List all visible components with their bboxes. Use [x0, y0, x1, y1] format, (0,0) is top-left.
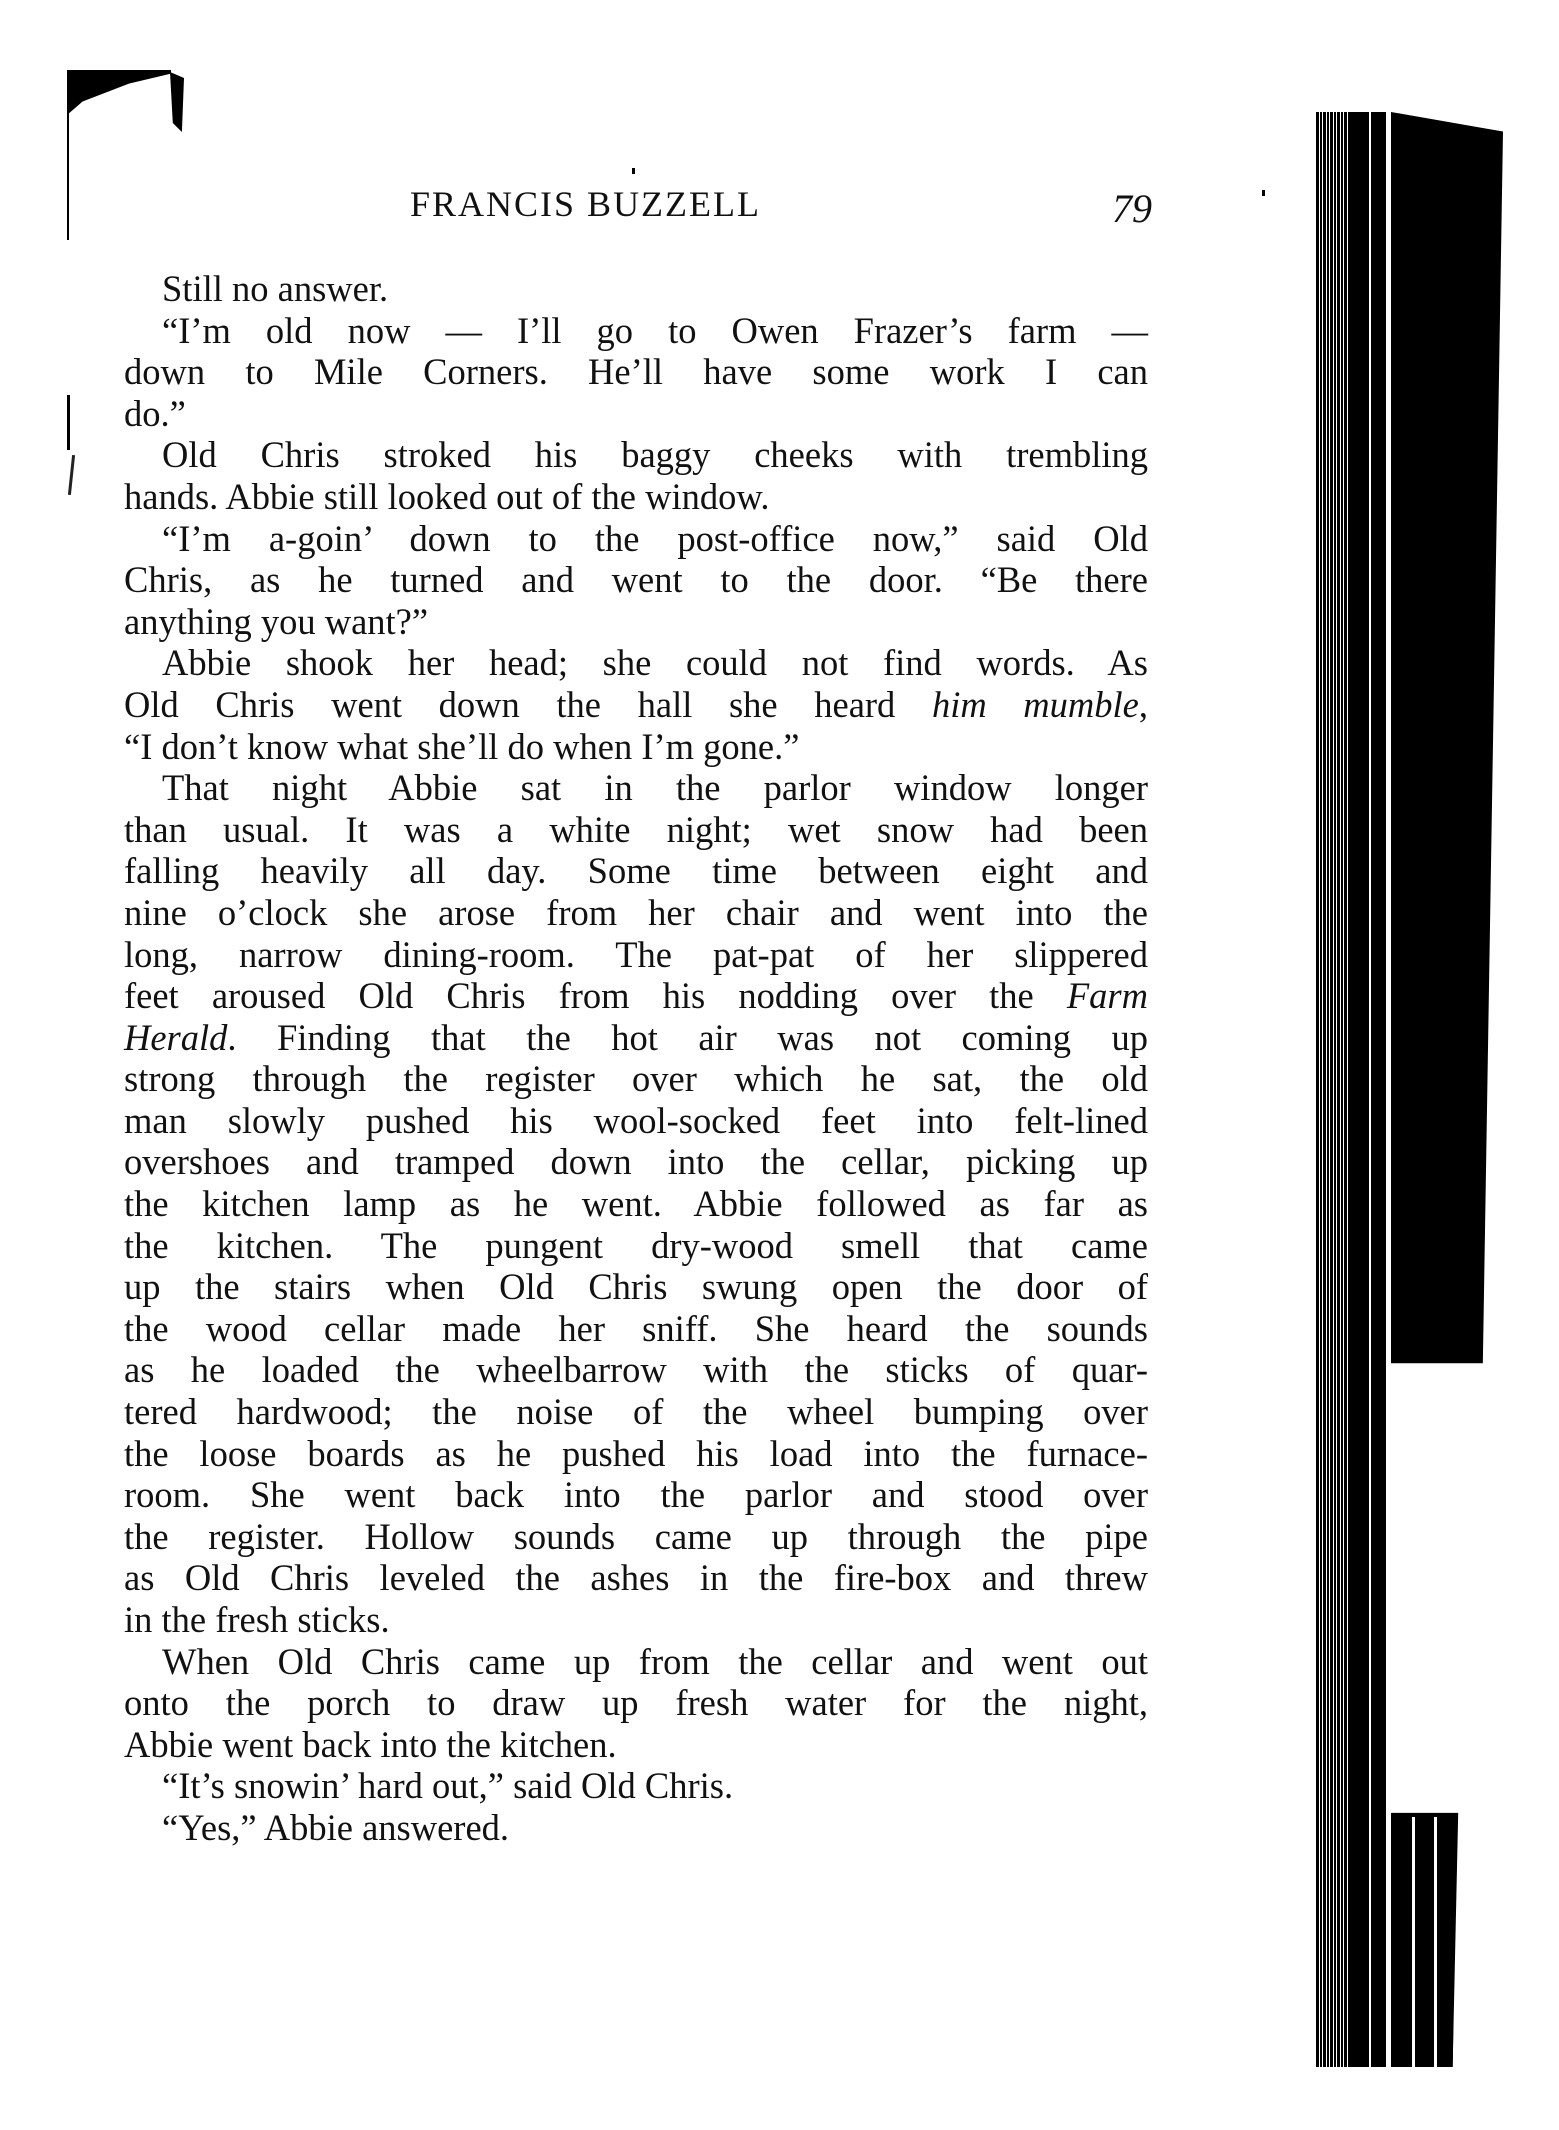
text-line: “I’m old now — I’ll go to Owen Frazer’s …	[124, 310, 1148, 352]
binding-gap	[1369, 112, 1371, 2067]
text-line: falling heavily all day. Some time betwe…	[124, 850, 1148, 892]
text-line: hands. Abbie still looked out of the win…	[124, 476, 1148, 518]
text-line: tered hardwood; the noise of the wheel b…	[124, 1391, 1148, 1433]
text-line: the loose boards as he pushed his load i…	[124, 1433, 1148, 1475]
binding-gap	[1412, 1817, 1415, 2067]
text-line: Still no answer.	[124, 268, 1148, 310]
text-line: That night Abbie sat in the parlor windo…	[124, 767, 1148, 809]
text-line: Abbie went back into the kitchen.	[124, 1724, 1148, 1766]
binding-gap	[1386, 112, 1391, 2067]
text-line: “I don’t know what she’ll do when I’m go…	[124, 726, 1148, 768]
binding-tail	[1391, 1817, 1456, 2067]
text-line: up the stairs when Old Chris swung open …	[124, 1266, 1148, 1308]
scan-corner-artifact	[67, 70, 171, 115]
scan-left-margin-mark	[67, 395, 70, 450]
book-page: FRANCIS BUZZELL 79 Still no answer.“I’m …	[0, 0, 1559, 2130]
text-line: the register. Hollow sounds came up thro…	[124, 1516, 1148, 1558]
text-line: nine o’clock she arose from her chair an…	[124, 892, 1148, 934]
text-line: “It’s snowin’ hard out,” said Old Chris.	[124, 1765, 1148, 1807]
text-line: strong through the register over which h…	[124, 1058, 1148, 1100]
scan-speck	[632, 168, 635, 174]
text-line: in the fresh sticks.	[124, 1599, 1148, 1641]
binding-gap	[1434, 1817, 1437, 2067]
text-line: the wood cellar made her sniff. She hear…	[124, 1308, 1148, 1350]
text-line: “I’m a-goin’ down to the post-office now…	[124, 518, 1148, 560]
text-line: down to Mile Corners. He’ll have some wo…	[124, 351, 1148, 393]
text-line: onto the porch to draw up fresh water fo…	[124, 1682, 1148, 1724]
scan-corner-tick	[170, 72, 184, 132]
text-line: Old Chris went down the hall she heard h…	[124, 684, 1148, 726]
text-line: do.”	[124, 393, 1148, 435]
book-binding-edge	[1316, 112, 1503, 2067]
text-line: than usual. It was a white night; wet sn…	[124, 809, 1148, 851]
text-line: anything you want?”	[124, 601, 1148, 643]
text-line: man slowly pushed his wool-socked feet i…	[124, 1100, 1148, 1142]
text-line: Abbie shook her head; she could not find…	[124, 642, 1148, 684]
body-text: Still no answer.“I’m old now — I’ll go t…	[124, 268, 1148, 1849]
text-line: overshoes and tramped down into the cell…	[124, 1141, 1148, 1183]
binding-dark-band	[1350, 112, 1386, 2067]
text-line: feet aroused Old Chris from his nodding …	[124, 975, 1148, 1017]
text-line: as Old Chris leveled the ashes in the fi…	[124, 1557, 1148, 1599]
text-line: the kitchen lamp as he went. Abbie follo…	[124, 1183, 1148, 1225]
text-line: the kitchen. The pungent dry-wood smell …	[124, 1225, 1148, 1267]
text-line: Herald. Finding that the hot air was not…	[124, 1017, 1148, 1059]
running-head: FRANCIS BUZZELL 79	[0, 183, 1559, 233]
binding-dark-band	[1391, 112, 1503, 2067]
text-line: When Old Chris came up from the cellar a…	[124, 1641, 1148, 1683]
text-line: “Yes,” Abbie answered.	[124, 1807, 1148, 1849]
text-line: room. She went back into the parlor and …	[124, 1474, 1148, 1516]
text-line: long, narrow dining-room. The pat-pat of…	[124, 934, 1148, 976]
text-line: as he loaded the wheelbarrow with the st…	[124, 1349, 1148, 1391]
page-number: 79	[1112, 185, 1152, 232]
text-line: Chris, as he turned and went to the door…	[124, 559, 1148, 601]
binding-stripes	[1316, 112, 1350, 2067]
running-head-title: FRANCIS BUZZELL	[410, 183, 761, 225]
text-line: Old Chris stroked his baggy cheeks with …	[124, 434, 1148, 476]
scan-left-margin-mark	[68, 455, 75, 495]
